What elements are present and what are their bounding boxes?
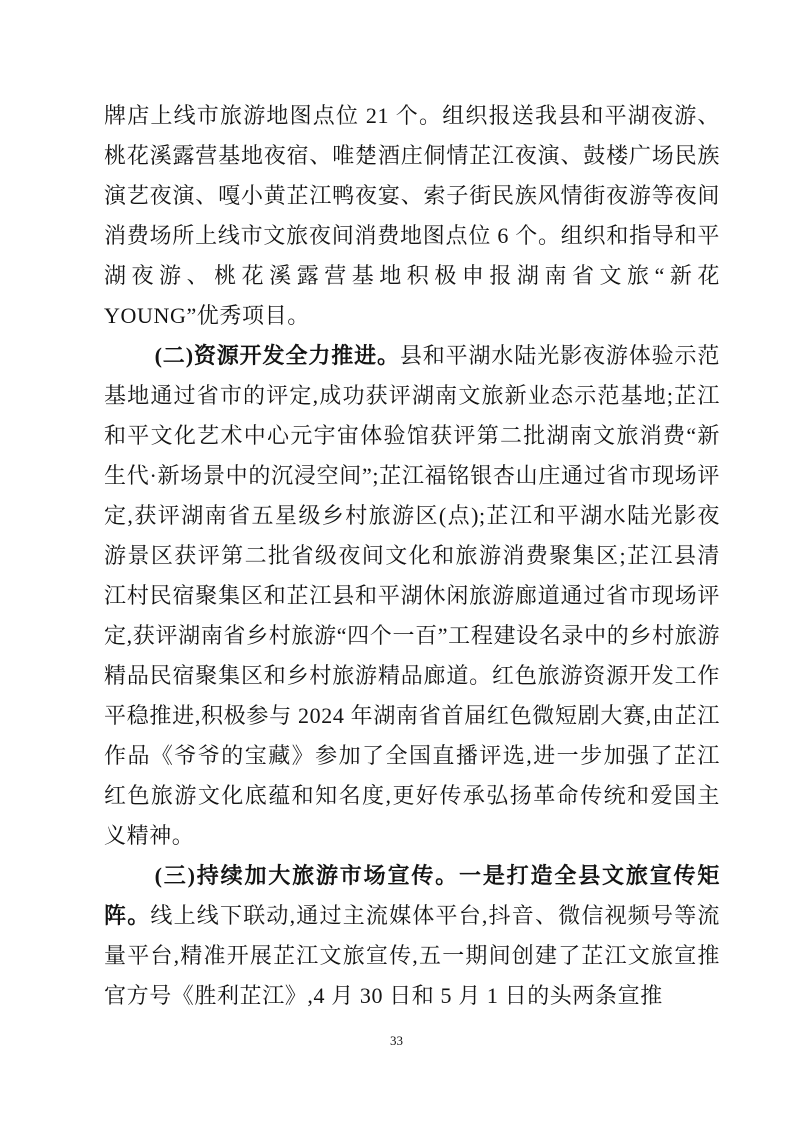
page-number: 33 [0,1033,793,1049]
document-body: 牌店上线市旅游地图点位 21 个。组织报送我县和平湖夜游、桃花溪露营基地夜宿、唯… [104,96,720,1016]
paragraph-section-2: (二)资源开发全力推进。县和平湖水陆光影夜游体验示范基地通过省市的评定,成功获评… [104,336,720,856]
document-page: 牌店上线市旅游地图点位 21 个。组织报送我县和平湖夜游、桃花溪露营基地夜宿、唯… [0,0,793,1122]
section-3-text: 线上线下联动,通过主流媒体平台,抖音、微信视频号等流量平台,精准开展芷江文旅宣传… [104,903,720,1008]
paragraph-text: 牌店上线市旅游地图点位 21 个。组织报送我县和平湖夜游、桃花溪露营基地夜宿、唯… [104,103,720,328]
paragraph-section-3: (三)持续加大旅游市场宣传。一是打造全县文旅宣传矩阵。线上线下联动,通过主流媒体… [104,856,720,1016]
paragraph-continuation: 牌店上线市旅游地图点位 21 个。组织报送我县和平湖夜游、桃花溪露营基地夜宿、唯… [104,96,720,336]
section-2-heading: (二)资源开发全力推进。 [155,343,400,368]
section-2-text: 县和平湖水陆光影夜游体验示范基地通过省市的评定,成功获评湖南文旅新业态示范基地;… [104,343,720,848]
